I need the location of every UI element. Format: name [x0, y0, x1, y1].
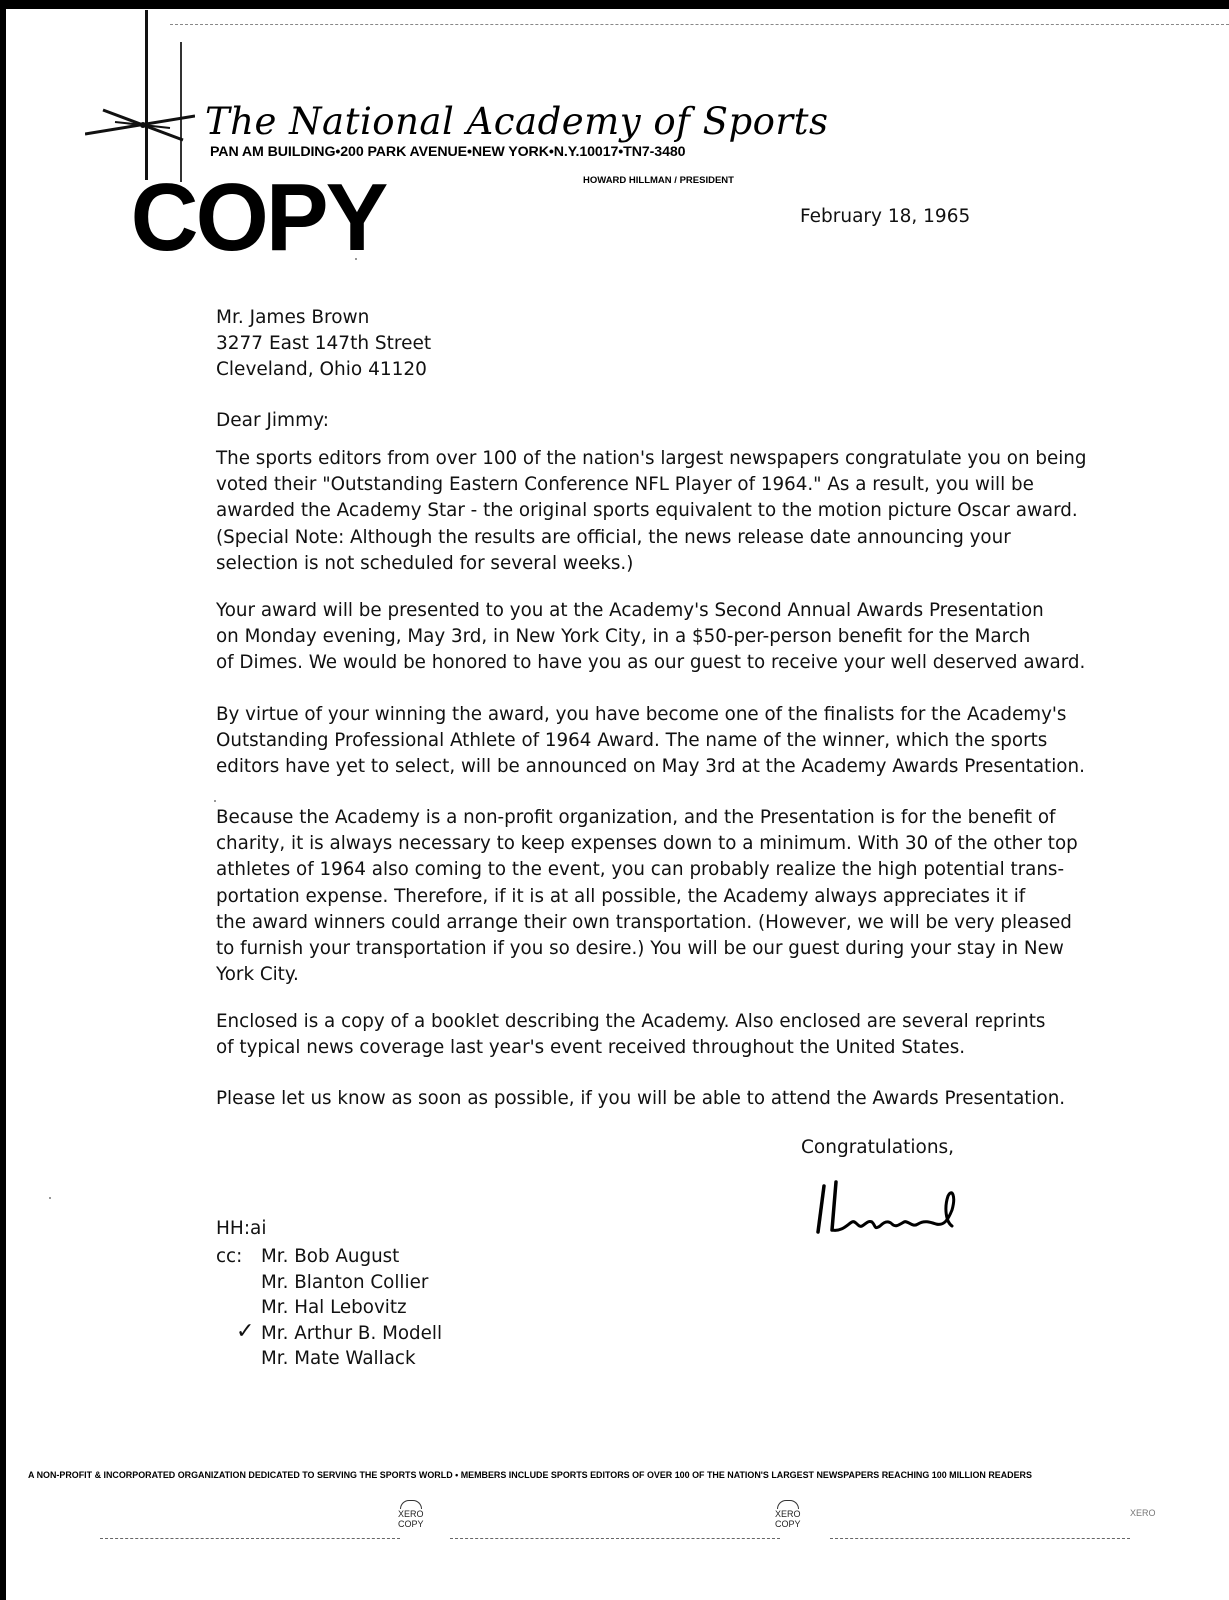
xerox-stamp-roof-icon [777, 1500, 799, 1509]
checkmark-icon: ✓ [236, 1319, 254, 1345]
body-line: voted their "Outstanding Eastern Confere… [216, 472, 1087, 498]
scan-artifact-line [170, 24, 1229, 25]
xerox-copy-stamp: XERO COPY [775, 1500, 801, 1529]
scan-artifact-line [450, 1538, 780, 1539]
body-line: Your award will be presented to you at t… [216, 598, 1085, 624]
xerox-copy-stamp: XERO [1130, 1508, 1156, 1518]
recipient-street: 3277 East 147th Street [216, 331, 431, 357]
body-line: of Dimes. We would be honored to have yo… [216, 650, 1085, 676]
xerox-stamp-roof-icon [400, 1500, 422, 1509]
organization-address: PAN AM BUILDING•200 PARK AVENUE•NEW YORK… [210, 144, 685, 160]
body-line: Outstanding Professional Athlete of 1964… [216, 728, 1085, 754]
xerox-copy-stamp: XERO COPY [398, 1500, 424, 1529]
copy-stamp: COPY [131, 170, 386, 266]
body-paragraph: Please let us know as soon as possible, … [216, 1086, 1065, 1112]
scan-speck [355, 258, 357, 260]
body-line: York City. [216, 962, 1078, 988]
letter-date: February 18, 1965 [800, 206, 970, 227]
cc-name: Mr. Hal Lebovitz [261, 1295, 407, 1321]
star-icon [85, 100, 195, 150]
body-line: awarded the Academy Star - the original … [216, 498, 1087, 524]
body-line: Because the Academy is a non-profit orga… [216, 805, 1078, 831]
body-line: portation expense. Therefore, if it is a… [216, 884, 1078, 910]
scan-artifact-line [830, 1538, 1130, 1539]
recipient-name: Mr. James Brown [216, 305, 431, 331]
letterhead-rule-left [145, 10, 148, 180]
scan-artifact-line [100, 1538, 400, 1539]
organization-name: The National Academy of Sports [205, 100, 828, 143]
body-line: editors have yet to select, will be anno… [216, 754, 1085, 780]
body-line: By virtue of your winning the award, you… [216, 702, 1085, 728]
body-line: selection is not scheduled for several w… [216, 551, 1087, 577]
recipient-city: Cleveland, Ohio 41120 [216, 357, 431, 383]
salutation: Dear Jimmy: [216, 410, 329, 431]
scan-left-border [0, 0, 6, 1600]
organization-president: HOWARD HILLMAN / PRESIDENT [583, 175, 734, 186]
typist-initials: HH:ai [216, 1218, 267, 1239]
body-line: (Special Note: Although the results are … [216, 525, 1087, 551]
scan-top-border [0, 0, 1229, 9]
body-line: on Monday evening, May 3rd, in New York … [216, 624, 1085, 650]
cc-name: Mr. Bob August [261, 1244, 399, 1270]
scan-speck [49, 1197, 51, 1199]
recipient-address: Mr. James Brown 3277 East 147th Street C… [216, 305, 431, 383]
body-line: charity, it is always necessary to keep … [216, 831, 1078, 857]
body-line: Please let us know as soon as possible, … [216, 1086, 1065, 1112]
body-paragraph: By virtue of your winning the award, you… [216, 702, 1085, 781]
body-line: Enclosed is a copy of a booklet describi… [216, 1009, 1045, 1035]
body-line: athletes of 1964 also coming to the even… [216, 857, 1078, 883]
body-line: the award winners could arrange their ow… [216, 910, 1078, 936]
body-paragraph: The sports editors from over 100 of the … [216, 446, 1087, 577]
cc-name: Mr. Mate Wallack [261, 1346, 416, 1372]
footer-tagline: A NON-PROFIT & INCORPORATED ORGANIZATION… [28, 1470, 1032, 1481]
body-line: The sports editors from over 100 of the … [216, 446, 1087, 472]
body-line: of typical news coverage last year's eve… [216, 1035, 1045, 1061]
cc-label: cc: [216, 1244, 242, 1270]
body-paragraph: Because the Academy is a non-profit orga… [216, 805, 1078, 988]
signature: Howard [812, 1180, 962, 1240]
closing: Congratulations, [801, 1137, 954, 1158]
scan-speck [214, 800, 216, 802]
body-paragraph: Your award will be presented to you at t… [216, 598, 1085, 677]
body-paragraph: Enclosed is a copy of a booklet describi… [216, 1009, 1045, 1061]
cc-name: Mr. Arthur B. Modell [261, 1321, 442, 1347]
cc-name: Mr. Blanton Collier [261, 1270, 428, 1296]
body-line: to furnish your transportation if you so… [216, 936, 1078, 962]
